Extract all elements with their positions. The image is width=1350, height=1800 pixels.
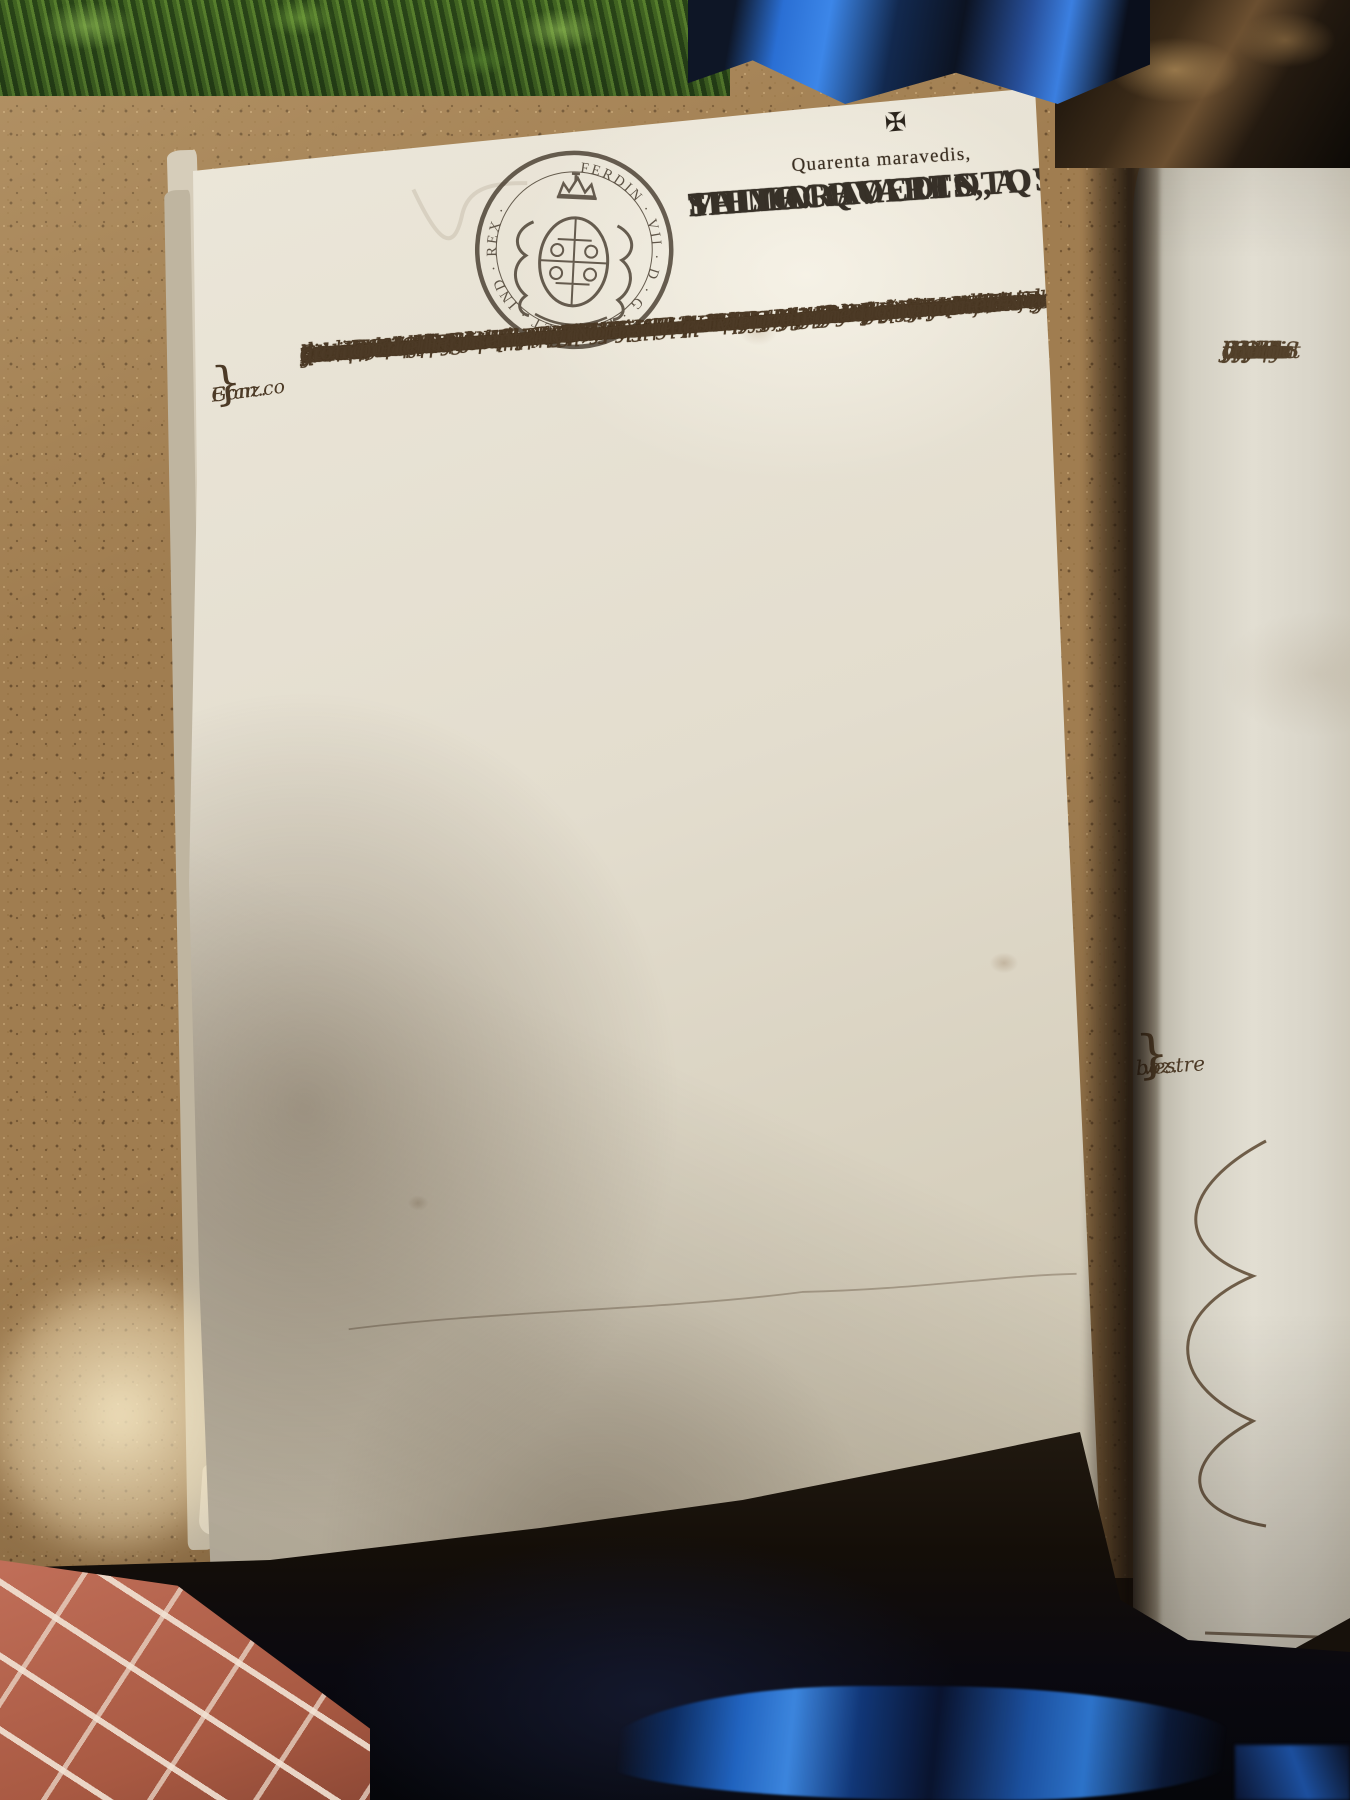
facing-page: 17. Copay ley alprepory podemlo stay Der… (1133, 66, 1350, 1666)
handwritten-line: cion por el Poniente, y Norte muro viejo… (299, 281, 1080, 372)
rubric-flourish (1141, 1126, 1291, 1546)
line-fragment: po da (1232, 334, 1295, 370)
manuscript-page: ✠ Quarenta maravedis, (163, 83, 1108, 1683)
handwritten-body-text: Y en todo por las quatro partidas que se… (299, 280, 1087, 338)
book-gutter-shadow (1082, 72, 1160, 1642)
blue-strap-corner (1235, 1745, 1350, 1800)
photo-of-manuscript: ✠ Quarenta maravedis, (0, 0, 1350, 1800)
facing-underline (1205, 1632, 1345, 1640)
margin-note-brace: } (209, 354, 245, 411)
grass-background (0, 0, 730, 96)
printed-cross-mark: ✠ (884, 107, 908, 139)
rubric-flourish-svg (1141, 1126, 1291, 1546)
printed-stamp-line: SIETE. (687, 176, 813, 227)
blue-strap (598, 1686, 1246, 1800)
mid-flourish-underline-svg (343, 1263, 1082, 1337)
mid-flourish-underline (343, 1263, 1082, 1337)
facing-page-seal-svg (1219, 138, 1350, 498)
facing-page-seal (1219, 138, 1350, 498)
